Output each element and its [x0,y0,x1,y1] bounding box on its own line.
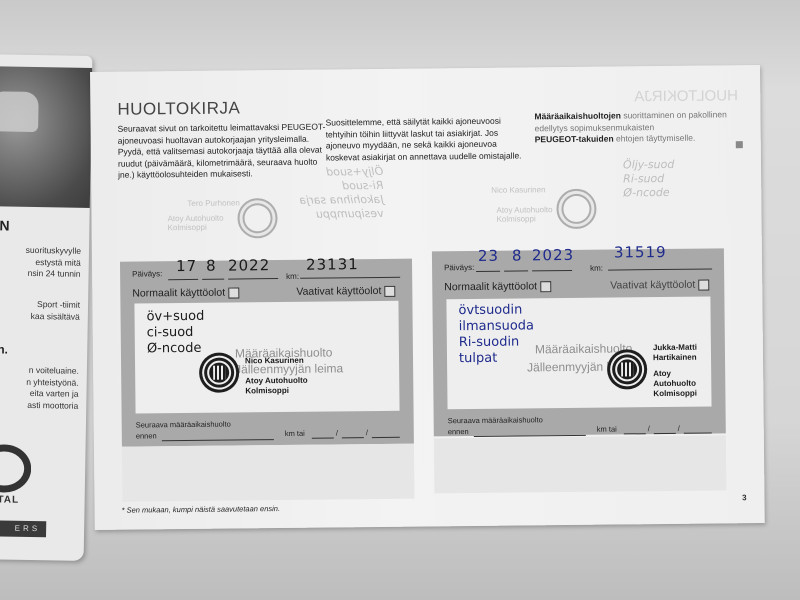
km-label: km: [286,272,299,281]
dealer-stamp-icon [607,349,647,389]
next-date-day-line[interactable] [624,433,646,434]
stamp-name: Jukka-Matti Hartikainen [653,342,713,363]
date-line [168,279,198,280]
next-km-label: km tai [597,425,617,434]
km-line [608,268,712,270]
empty-entry-4 [434,435,727,493]
ghost-company-right: Atoy Autohuolto Kolmisoppi [496,205,552,224]
intro-text-1: Seuraavat sivut on tarkoitettu leimattav… [118,122,329,182]
date-line [202,279,224,280]
handwritten-notes[interactable]: övtsuodin ilmansuoda Ri-suodin tulpat [458,302,534,367]
normal-conditions[interactable]: Normaalit käyttöolot [132,286,239,299]
brand-bar: ERS [0,520,46,537]
date-line [228,278,278,280]
left-paragraph-3: n voiteluaine. n yhteistyönä. eita varte… [0,364,79,411]
ghost-stamp-left-icon [237,198,277,238]
next-km-label: km tai [285,429,305,438]
intro-text-3: Määräaikaishuoltojen suorittaminen on pa… [534,109,734,146]
ghost-name-left: Tero Purhonen [187,198,240,208]
left-page: N suorituskyvylle estystä mitä nsin 24 t… [0,54,92,561]
mirrored-title: HUOLTOKIRJA [635,87,739,105]
normal-conditions-checkbox[interactable] [540,281,551,292]
next-service: Seuraava määräaikaishuolto ennen [136,419,231,442]
next-date-year-line[interactable] [372,437,400,438]
km-value[interactable]: 23131 [306,255,359,274]
stamp-area: Määräaikaishuolto Jälleenmyyjän leima öv… [134,301,399,414]
intro-text-2: Suosittelemme, että säilytät kaikki ajon… [325,115,525,163]
rally-car-photo [0,66,92,208]
km-line [300,277,400,279]
dealer-stamp-icon [199,352,239,392]
ghost-company-left: Atoy Autohuolto Kolmisoppi [167,214,223,233]
empty-entry-3 [122,444,415,502]
page-number: 3 [742,493,747,502]
km-value[interactable]: 31519 [614,243,667,262]
next-date-month-line[interactable] [342,437,364,438]
date-line [476,271,500,272]
demanding-conditions-checkbox[interactable] [698,279,709,290]
page-title: HUOLTOKIRJA [117,98,240,119]
date-month[interactable]: 8 [512,246,523,264]
total-logo-icon [0,444,32,493]
stamp-company: Atoy Autohuolto Kolmisoppi [245,376,308,397]
next-date-day-line[interactable] [312,437,334,438]
date-month[interactable]: 8 [206,257,217,275]
normal-conditions-checkbox[interactable] [228,287,239,298]
ghost-handwriting-left: Öljy+suod Ri-suod Jakohihna sarja vesipu… [299,165,384,222]
demanding-conditions[interactable]: Vaativat käyttöolot [296,285,395,298]
stamp-name: Nico Kasurinen [245,356,304,367]
next-service-line[interactable] [162,439,274,441]
km-label: km: [590,264,603,273]
service-entry-1: Päiväys: 17 8 2022 km: 23131 Normaalit k… [120,259,414,447]
date-day[interactable]: 17 [176,257,197,275]
left-paragraph-2: Sport -tiimit kaa sisältävä [0,298,80,322]
stamp-company: Atoy Autohuolto Kolmisoppi [653,369,711,400]
next-date-month-line[interactable] [654,433,676,434]
normal-conditions[interactable]: Normaalit käyttöolot [444,280,551,293]
brand-text: OTAL [0,494,19,506]
service-entry-2: Päiväys: 23 8 2023 km: 31519 Normaalit k… [432,248,726,436]
handwritten-notes[interactable]: öv+suod ci-suod Ø-ncode [146,309,204,358]
next-date-year-line[interactable] [684,433,712,434]
date-year[interactable]: 2023 [532,246,574,264]
service-book-page: HUOLTOKIRJA HUOLTOKIRJA Seuraavat sivut … [90,65,765,530]
ghost-name-right: Nico Kasurinen [491,185,545,195]
left-paragraph-1: suorituskyvylle estystä mitä nsin 24 tun… [0,244,81,280]
stamp-area: Määräaikaishuolto Jälleenmyyjän leima öv… [446,297,711,410]
demanding-conditions[interactable]: Vaativat käyttöolot [610,279,709,292]
ghost-handwriting-right: Öljy-suod Ri-suod Ø-ncode [623,158,675,201]
square-marker [736,141,743,148]
date-year[interactable]: 2022 [228,256,270,274]
date-line [532,270,572,271]
car-image [0,91,39,132]
date-day[interactable]: 23 [478,247,499,265]
footnote: * Sen mukaan, kumpi näistä saavutetaan e… [122,504,281,515]
demanding-conditions-checkbox[interactable] [384,285,395,296]
date-line [504,270,528,271]
date-label: Päiväys: [132,269,162,278]
left-heading: N [0,217,10,233]
date-label: Päiväys: [444,263,474,272]
next-service: Seuraava määräaikaishuolto ennen [448,414,543,437]
ghost-stamp-right-icon [556,189,596,229]
left-heading-2: n. [0,342,8,356]
